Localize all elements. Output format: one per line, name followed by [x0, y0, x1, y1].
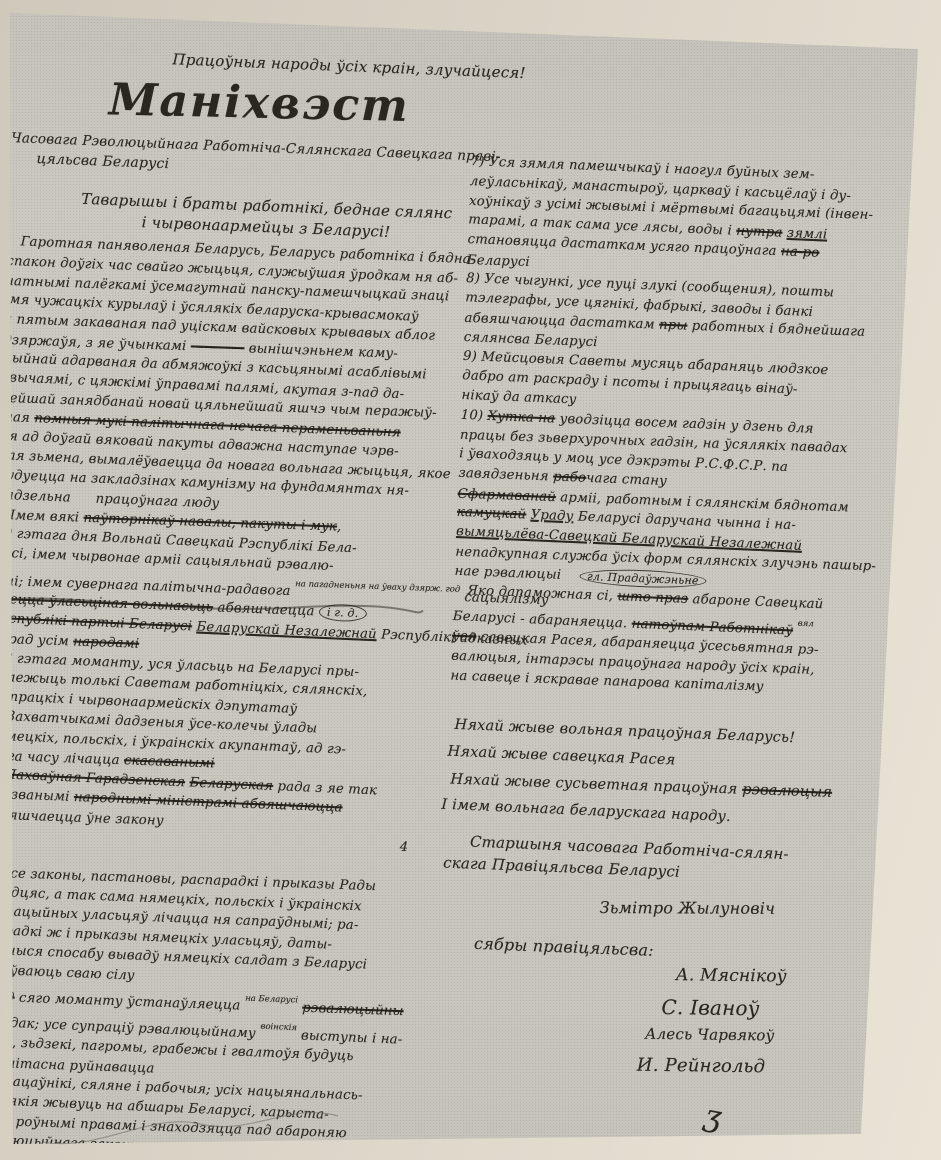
member-signature: С. Іваноў: [445, 992, 785, 1026]
dust-hair: [40, 1082, 340, 1152]
member-signature: Алесь Чарвякоў: [444, 1022, 784, 1056]
page-number-note: 4: [399, 840, 408, 855]
manuscript-photo: Працоўныя народы ўсіх краін, злучайцеся!…: [0, 0, 941, 1160]
member-signatures: А. МяснікоўС. ІваноўАлесь ЧарвякоўИ. Рей…: [443, 958, 847, 1094]
signature-block: Старшыня часовага Работніча-сялян- скага…: [443, 832, 852, 1094]
chair-signature: Зьмітро Жылуновіч: [600, 898, 850, 918]
manifesto-title: Маніхвэст: [108, 74, 410, 132]
signature-flourish: ʒ: [701, 1098, 724, 1135]
manuscript-sheet: Працоўныя народы ўсіх краін, злучайцеся!…: [0, 18, 893, 1160]
left-text-column: Гаротная паняволеная Беларусь, Беларусь …: [0, 232, 462, 1160]
slogans-block: Няхай жыве вольная працоўная Беларусь!Ня…: [451, 712, 835, 835]
manifesto-subtitle-line2: цяльсва Беларусі: [36, 151, 169, 172]
member-signature: А. Мяснікоў: [447, 962, 787, 996]
member-signature: И. Рейнгольд: [443, 1052, 783, 1086]
right-text-column: 7) Уся зямля памешчыкаў і наогул буйных …: [450, 152, 891, 702]
